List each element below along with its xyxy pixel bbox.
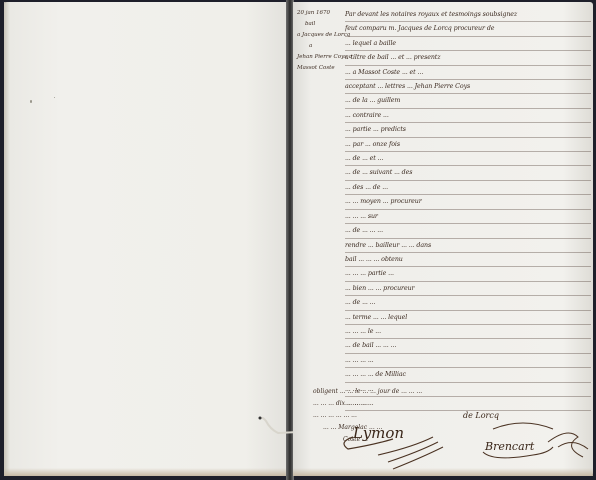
text-line: bail ... ... ... obtenu [345, 253, 591, 267]
text-line: ... ... ... partie ... [345, 267, 591, 281]
text-line: ... de ... ... ... [345, 224, 591, 238]
manuscript-body: Par devant les notaires royaux et tesmoi… [345, 8, 591, 411]
margin-note-date: 20 jan 1670 [297, 8, 339, 19]
text-line: ... lequel a baille [345, 37, 591, 51]
text-line: ... partie ... predicts [345, 123, 591, 137]
left-page-blank [4, 2, 288, 476]
text-line: a tiltre de bail ... et ... presentz [345, 51, 591, 65]
text-line: ... ... ... le ... [345, 325, 591, 339]
paper-speck [30, 100, 32, 103]
text-line: ... par ... onze fois [345, 138, 591, 152]
text-line: ... ... ... ... de Milliac [345, 368, 591, 382]
text-line: ... ... moyen ... procureur [345, 195, 591, 209]
text-line: ... ... ... sur [345, 210, 591, 224]
text-line: ... de bail ... ... ... [345, 339, 591, 353]
text-line: ... des ... de ... [345, 181, 591, 195]
text-line: ... terme ... ... lequel [345, 311, 591, 325]
text-line: ... bien ... ... procureur [345, 282, 591, 296]
text-line: ... ... ... ... [345, 354, 591, 368]
text-line: ... de ... suivant ... des [345, 166, 591, 180]
text-line: ... de la ... guillem [345, 94, 591, 108]
signature-flourishes [333, 417, 593, 477]
text-line: ... contraire ... [345, 109, 591, 123]
text-line: acceptant ... lettres ... Jehan Pierre C… [345, 80, 591, 94]
right-page: 20 jan 1670 bail a Jacques de Lorcq a Je… [293, 2, 593, 476]
binding-string [258, 413, 298, 443]
text-line: rendre ... bailleur ... ... dans [345, 239, 591, 253]
margin-note: 20 jan 1670 bail a Jacques de Lorcq a Je… [297, 8, 339, 74]
text-line: Par devant les notaires royaux et tesmoi… [345, 8, 591, 22]
paper-speck [54, 97, 55, 98]
text-line: ... de ... et ... [345, 152, 591, 166]
text-line: feut comparu m. Jacques de Lorcq procure… [345, 22, 591, 36]
text-line: ... de ... ... [345, 296, 591, 310]
text-line: ... a Massot Coste ... et ... [345, 66, 591, 80]
